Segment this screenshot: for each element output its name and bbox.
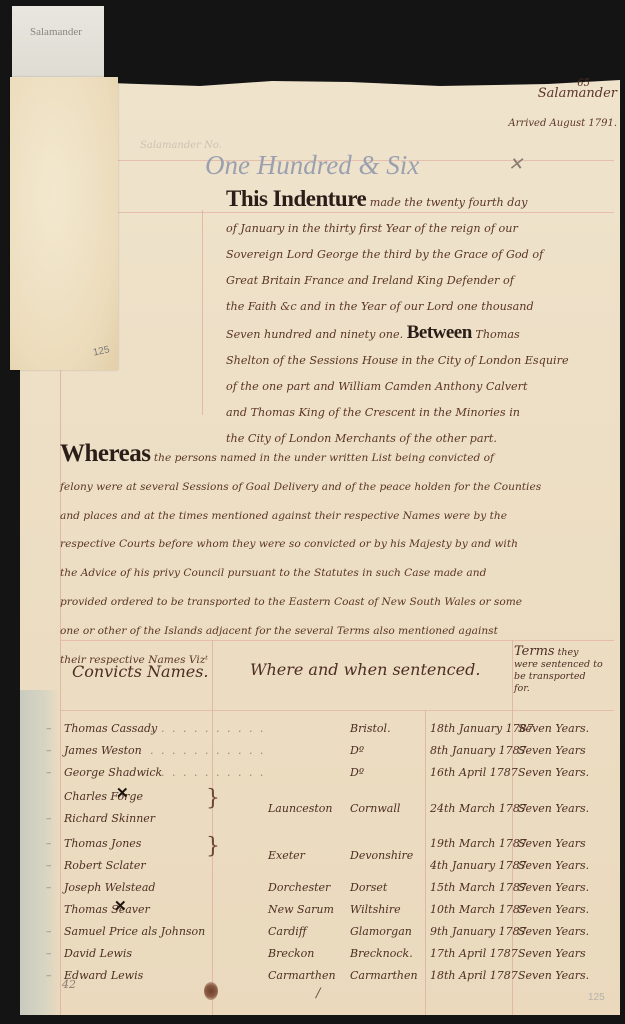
- dash-mark: –: [46, 812, 52, 825]
- convict-name: James Weston: [64, 744, 142, 757]
- between-heading: Between: [407, 322, 472, 343]
- table-row: – Thomas Cassady . . . . . . . . . . . B…: [0, 722, 625, 744]
- column-header-where: Where and when sentenced.: [250, 660, 480, 679]
- table-row: – Joseph Welstead Dorchester Dorset 15th…: [0, 881, 625, 903]
- sentence-date: 9th January 1787: [430, 925, 527, 938]
- indenture-margin-rule: [202, 210, 203, 415]
- dash-mark: –: [46, 837, 52, 850]
- sentence-county: Devonshire: [350, 849, 413, 862]
- sentence-county: Carmarthen: [350, 969, 418, 982]
- sentence-date: 4th January 1787: [430, 859, 527, 872]
- dot-leader: . . . . . . . . . . .: [150, 722, 265, 735]
- arrival-note: Arrived August 1791.: [508, 118, 617, 129]
- sentence-term: Seven Years.: [518, 903, 589, 916]
- text-line: provided ordered to be transported to th…: [60, 588, 620, 617]
- document-scan: Salamander 125 65 Salamander Arrived Aug…: [0, 0, 625, 1024]
- text-line: made the twenty fourth day: [370, 196, 528, 209]
- table-row: – Robert Sclater Exeter Devonshire 4th J…: [0, 859, 625, 881]
- text-line: felony were at several Sessions of Goal …: [60, 473, 620, 502]
- table-row: – James Weston . . . . . . . . . . . Dº …: [0, 744, 625, 766]
- dash-mark: –: [46, 766, 52, 779]
- dash-mark: –: [46, 744, 52, 757]
- sentence-term: Seven Years: [518, 744, 586, 757]
- bracket-mark: }: [206, 834, 220, 859]
- slip-label: Salamander: [30, 26, 82, 38]
- sentence-term: Seven Years.: [518, 859, 589, 872]
- sentence-term: Seven Years.: [518, 722, 589, 735]
- text-line: the Advice of his privy Council pursuant…: [60, 559, 620, 588]
- sentence-term: Seven Years: [518, 837, 586, 850]
- sentence-county: Dorset: [350, 881, 387, 894]
- column-header-terms: Terms they were sentenced to be transpor…: [514, 646, 604, 695]
- sentence-term: Seven Years.: [518, 802, 589, 815]
- convict-name: Charles Forge: [64, 790, 143, 803]
- text-line: Thomas: [475, 328, 519, 341]
- text-line: of the one part and William Camden Antho…: [226, 374, 621, 400]
- sentence-date: 17th April 1787: [430, 947, 518, 960]
- sentence-date: 15th March 1787: [430, 881, 527, 894]
- cross-mark-icon: ✕: [114, 897, 127, 915]
- convict-name: Joseph Welstead: [64, 881, 155, 894]
- footer-number: 42: [62, 978, 76, 991]
- text-line: respective Courts before whom they were …: [60, 530, 620, 559]
- dash-mark: –: [46, 859, 52, 872]
- convict-name: Thomas Cassady: [64, 722, 157, 735]
- paper-slip: [10, 77, 118, 370]
- text-line: Great Britain France and Ireland King De…: [226, 268, 621, 294]
- table-row: – George Shadwick . . . . . . . . . . . …: [0, 766, 625, 788]
- bracket-mark: }: [206, 786, 220, 811]
- terms-lead: Terms: [514, 644, 555, 659]
- tick-mark: /: [316, 986, 320, 1001]
- whereas-heading: Whereas: [60, 440, 150, 467]
- sentence-term: Seven Years.: [518, 766, 589, 779]
- cross-mark-icon: ✕: [116, 784, 129, 802]
- sentence-place: Exeter: [268, 849, 305, 862]
- text-line: the persons named in the under written L…: [154, 452, 494, 464]
- sentence-date: 24th March 1787: [430, 802, 527, 815]
- text-line: the Faith &c and in the Year of our Lord…: [226, 294, 621, 320]
- convict-name: Thomas Seaver: [64, 903, 150, 916]
- dash-mark: –: [46, 925, 52, 938]
- dash-mark: –: [46, 722, 52, 735]
- convict-name: Thomas Jones: [64, 837, 141, 850]
- sentence-place: New Sarum: [268, 903, 334, 916]
- sentence-place: Dorchester: [268, 881, 330, 894]
- sentence-county: Wiltshire: [350, 903, 401, 916]
- sentence-date: 10th March 1787: [430, 903, 527, 916]
- pencil-count: One Hundred & Six: [205, 150, 419, 181]
- convict-name: David Lewis: [64, 947, 132, 960]
- sentence-place: Launceston: [268, 802, 332, 815]
- sentence-date: 16th April 1787: [430, 766, 518, 779]
- indenture-heading: This Indenture: [226, 186, 366, 211]
- text-line: Shelton of the Sessions House in the Cit…: [226, 348, 621, 374]
- dot-leader: . . . . . . . . . . .: [150, 744, 265, 757]
- text-line: of January in the thirty first Year of t…: [226, 216, 621, 242]
- dash-mark: –: [46, 947, 52, 960]
- sentence-county: Bristol.: [350, 722, 391, 735]
- table-row: Thomas Seaver ✕ New Sarum Wiltshire 10th…: [0, 903, 625, 925]
- sentence-county: Glamorgan: [350, 925, 412, 938]
- x-mark-icon: ✕: [508, 154, 523, 175]
- text-line: and places and at the times mentioned ag…: [60, 502, 620, 531]
- sentence-county: Dº: [350, 744, 364, 757]
- sentence-term: Seven Years.: [518, 881, 589, 894]
- table-row: – Samuel Price als Johnson Cardiff Glamo…: [0, 925, 625, 947]
- table-row: – Richard Skinner Launceston Cornwall 24…: [0, 812, 625, 834]
- sentence-term: Seven Years.: [518, 969, 589, 982]
- text-line: and Thomas King of the Crescent in the M…: [226, 400, 621, 426]
- dash-mark: –: [46, 969, 52, 982]
- table-row: – David Lewis Breckon Brecknock. 17th Ap…: [0, 947, 625, 969]
- sentence-date: 8th January 1787: [430, 744, 527, 757]
- ship-name: Salamander: [538, 86, 617, 101]
- convict-name: Robert Sclater: [64, 859, 146, 872]
- sentence-county: Cornwall: [350, 802, 400, 815]
- dash-mark: –: [46, 881, 52, 894]
- text-line: Seven hundred and ninety one.: [226, 328, 403, 341]
- ink-blot: [204, 982, 218, 1000]
- convict-name: George Shadwick: [64, 766, 162, 779]
- table-header-rule: [60, 710, 614, 711]
- dot-leader: . . . . . . . . . . .: [150, 766, 265, 779]
- convict-name: Richard Skinner: [64, 812, 155, 825]
- sentence-place: Cardiff: [268, 925, 307, 938]
- convict-table-header: Convicts Names. Where and when sentenced…: [60, 640, 617, 710]
- sentence-term: Seven Years.: [518, 925, 589, 938]
- sentence-place: Carmarthen: [268, 969, 336, 982]
- sentence-date: 19th March 1787: [430, 837, 527, 850]
- table-row: – Edward Lewis Carmarthen Carmarthen 18t…: [0, 969, 625, 991]
- indenture-paragraph: This Indenture made the twenty fourth da…: [226, 186, 621, 452]
- sentence-term: Seven Years: [518, 947, 586, 960]
- convict-name: Samuel Price als Johnson: [64, 925, 205, 938]
- sentence-place: Breckon: [268, 947, 314, 960]
- sentence-date: 18th April 1787: [430, 969, 518, 982]
- page-number: 125: [588, 992, 605, 1003]
- table-row: – Thomas Jones 19th March 1787 Seven Yea…: [0, 837, 625, 859]
- sentence-county: Brecknock.: [350, 947, 413, 960]
- column-header-names: Convicts Names.: [72, 662, 209, 681]
- text-line: Sovereign Lord George the third by the G…: [226, 242, 621, 268]
- sentence-county: Dº: [350, 766, 364, 779]
